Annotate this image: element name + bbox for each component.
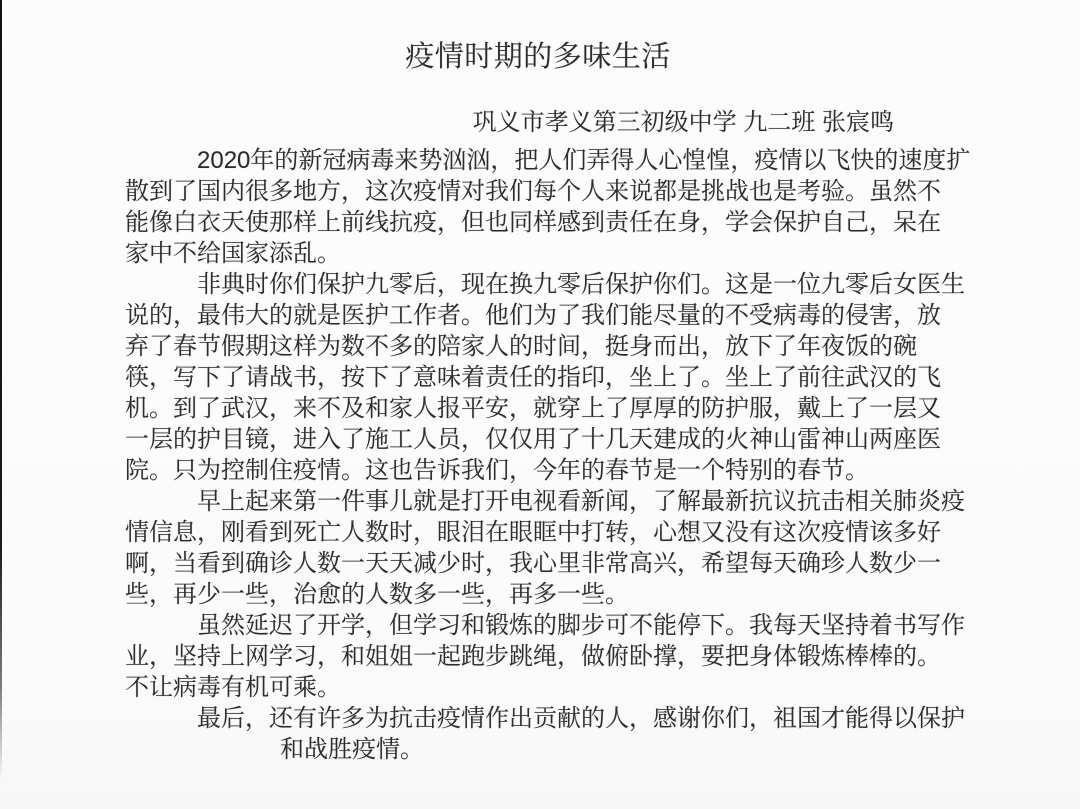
paragraph: 虽然延迟了开学，但学习和锻炼的脚步可不能停下。我每天坚持着书写作业，坚持上网学习… xyxy=(125,610,951,703)
paragraph: 最后，还有许多为抗击疫情作出贡献的人，感谢你们，祖国才能得以保护和战胜疫情。 xyxy=(125,703,951,765)
text-line: 非典时你们保护九零后，现在换九零后保护你们。这是一位九零后女医生 xyxy=(125,269,951,300)
text-line: 能像白衣天使那样上前线抗疫，但也同样感到责任在身，学会保护自己，呆在 xyxy=(125,207,951,238)
text-line: 院。只为控制住疫情。这也告诉我们，今年的春节是一个特别的春节。 xyxy=(125,455,951,486)
text-line: 机。到了武汉，来不及和家人报平安，就穿上了厚厚的防护服，戴上了一层又 xyxy=(125,393,951,424)
text-line: 不让病毒有机可乘。 xyxy=(125,672,951,703)
text-line: 2020年的新冠病毒来势汹汹，把人们弄得人心惶惶，疫情以飞快的速度扩 xyxy=(125,145,951,176)
essay-document: 疫情时期的多味生活 巩义市孝义第三初级中学 九二班 张宸鸣 2020年的新冠病毒… xyxy=(125,0,951,765)
paragraph: 非典时你们保护九零后，现在换九零后保护你们。这是一位九零后女医生说的，最伟大的就… xyxy=(125,269,951,486)
essay-byline: 巩义市孝义第三初级中学 九二班 张宸鸣 xyxy=(125,107,951,138)
text-line: 弃了春节假期这样为数不多的陪家人的时间，挺身而出，放下了年夜饭的碗 xyxy=(125,331,951,362)
text-line: 说的，最伟大的就是医护工作者。他们为了我们能尽量的不受病毒的侵害，放 xyxy=(125,300,951,331)
text-line: 些，再少一些，治愈的人数多一些，再多一些。 xyxy=(125,579,951,610)
text-line: 虽然延迟了开学，但学习和锻炼的脚步可不能停下。我每天坚持着书写作 xyxy=(125,610,951,641)
text-line: 啊，当看到确诊人数一天天减少时，我心里非常高兴，希望每天确珍人数少一 xyxy=(125,548,951,579)
text-line: 和战胜疫情。 xyxy=(125,734,951,765)
text-line: 一层的护目镜，进入了施工人员，仅仅用了十几天建成的火神山雷神山两座医 xyxy=(125,424,951,455)
paragraph: 2020年的新冠病毒来势汹汹，把人们弄得人心惶惶，疫情以飞快的速度扩散到了国内很… xyxy=(125,145,951,269)
scan-edge-line xyxy=(0,0,2,780)
essay-title: 疫情时期的多味生活 xyxy=(125,40,951,74)
text-line: 早上起来第一件事儿就是打开电视看新闻，了解最新抗议抗击相关肺炎疫 xyxy=(125,486,951,517)
scanned-essay-page: { "page": { "background_color": "#fcfcfc… xyxy=(0,0,1080,809)
text-line: 家中不给国家添乱。 xyxy=(125,238,951,269)
paragraph: 早上起来第一件事儿就是打开电视看新闻，了解最新抗议抗击相关肺炎疫情信息，刚看到死… xyxy=(125,486,951,610)
text-line: 业，坚持上网学习，和姐姐一起跑步跳绳，做俯卧撑，要把身体锻炼棒棒的。 xyxy=(125,641,951,672)
text-line: 筷，写下了请战书，按下了意味着责任的指印，坐上了。坐上了前往武汉的飞 xyxy=(125,362,951,393)
text-line: 最后，还有许多为抗击疫情作出贡献的人，感谢你们，祖国才能得以保护 xyxy=(125,703,951,734)
text-line: 情信息，刚看到死亡人数时，眼泪在眼眶中打转，心想又没有这次疫情该多好 xyxy=(125,517,951,548)
essay-body: 2020年的新冠病毒来势汹汹，把人们弄得人心惶惶，疫情以飞快的速度扩散到了国内很… xyxy=(125,145,951,765)
text-line: 散到了国内很多地方，这次疫情对我们每个人来说都是挑战也是考验。虽然不 xyxy=(125,176,951,207)
